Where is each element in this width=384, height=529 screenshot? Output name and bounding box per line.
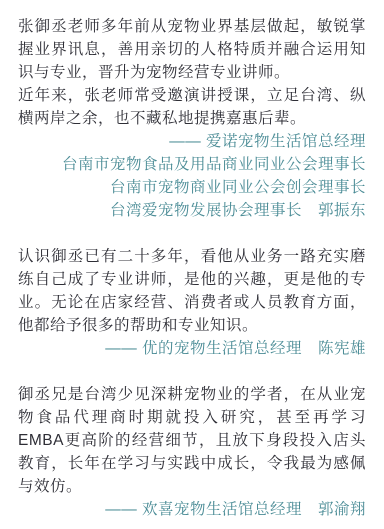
- testimonial-3-paragraph-1: 御丞兄是台湾少见深耕宠物业的学者，在从业宠物食品代理商时期就投入研究，甚至再学习…: [18, 383, 366, 498]
- testimonials-page: 张御丞老师多年前从宠物业界基层做起，敏锐掌握业界讯息，善用亲切的人格特质并融合运…: [0, 0, 384, 529]
- testimonial-1-paragraph-2: 近年来，张老师常受邀演讲授课，立足台湾、纵横两岸之余，也不藏私地提携嘉惠后辈。: [18, 84, 366, 130]
- signature-line-title: 台南市宠物商业同业公会创会理事长: [18, 176, 366, 199]
- testimonial-2-paragraph-1: 认识御丞已有二十多年，看他从业务一路充实磨练自己成了专业讲师，是他的兴趣，更是他…: [18, 245, 366, 337]
- signature-line-name: —— 优的宠物生活馆总经理 陈宪雄: [18, 337, 366, 360]
- testimonial-1-signature: —— 爱诺宠物生活馆总经理 台南市宠物食品及用品商业同业公会理事长 台南市宠物商…: [18, 130, 366, 222]
- signature-line-name: —— 欢喜宠物生活馆总经理 郭渝翔: [18, 498, 366, 521]
- testimonial-1-paragraph-1: 张御丞老师多年前从宠物业界基层做起，敏锐掌握业界讯息，善用亲切的人格特质并融合运…: [18, 15, 366, 84]
- testimonial-block-3: 御丞兄是台湾少见深耕宠物业的学者，在从业宠物食品代理商时期就投入研究，甚至再学习…: [18, 383, 366, 521]
- signature-line-title: 台南市宠物食品及用品商业同业公会理事长: [18, 153, 366, 176]
- testimonial-2-signature: —— 优的宠物生活馆总经理 陈宪雄: [18, 337, 366, 360]
- testimonial-block-1: 张御丞老师多年前从宠物业界基层做起，敏锐掌握业界讯息，善用亲切的人格特质并融合运…: [18, 15, 366, 222]
- testimonial-3-signature: —— 欢喜宠物生活馆总经理 郭渝翔: [18, 498, 366, 521]
- signature-line-name: 台湾爱宠物发展协会理事长 郭振东: [18, 199, 366, 222]
- signature-line-title: —— 爱诺宠物生活馆总经理: [18, 130, 366, 153]
- testimonial-block-2: 认识御丞已有二十多年，看他从业务一路充实磨练自己成了专业讲师，是他的兴趣，更是他…: [18, 245, 366, 360]
